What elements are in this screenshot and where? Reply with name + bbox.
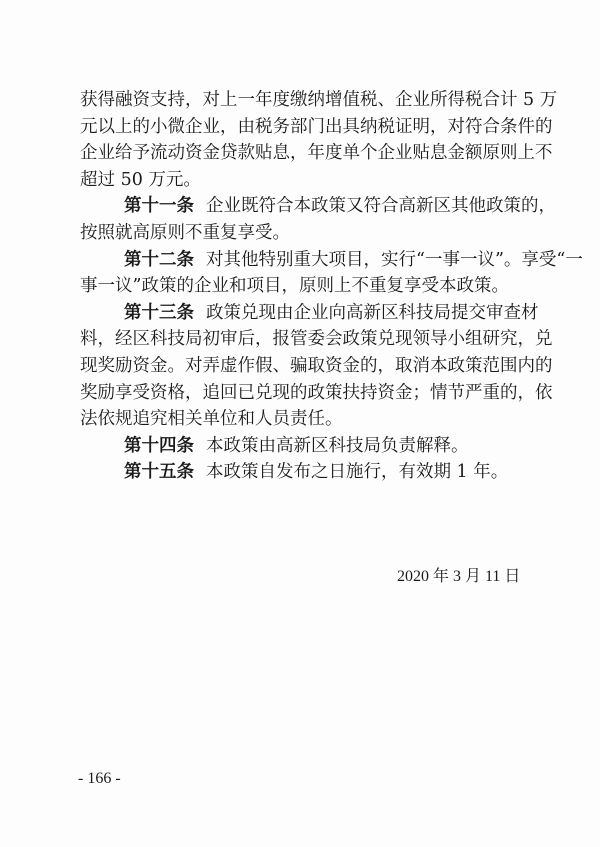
text-line: 超过 50 万元。 [80, 167, 522, 194]
document-page: 获得融资支持，对上一年度缴纳增值税、企业所得税合计 5 万 元以上的小微企业，由… [0, 0, 600, 847]
article-12: 第十二条对其他特别重大项目，实行“一事一议”。享受“一 [80, 247, 522, 274]
article-label: 第十四条 [124, 436, 194, 456]
text-line: 奖励享受资格，追回已兑现的政策扶持资金；情节严重的，依 [80, 380, 522, 407]
article-label: 第十一条 [124, 196, 194, 216]
text-line: 现奖励资金。对弄虚作假、骗取资金的，取消本政策范围内的 [80, 353, 522, 380]
article-14: 第十四条本政策由高新区科技局负责解释。 [80, 433, 522, 460]
article-label: 第十三条 [124, 303, 194, 323]
article-text: 政策兑现由企业向高新区科技局提交审查材 [206, 303, 539, 323]
text-line: 按照就高原则不重复享受。 [80, 220, 522, 247]
text-line: 获得融资支持，对上一年度缴纳增值税、企业所得税合计 5 万 [80, 87, 522, 114]
body-text: 获得融资支持，对上一年度缴纳增值税、企业所得税合计 5 万 元以上的小微企业，由… [80, 87, 522, 486]
article-15: 第十五条本政策自发布之日施行，有效期 1 年。 [80, 459, 522, 486]
document-date: 2020 年 3 月 11 日 [397, 563, 520, 586]
text-line: 事一议”政策的企业和项目，原则上不重复享受本政策。 [80, 273, 522, 300]
article-text: 本政策自发布之日施行，有效期 1 年。 [206, 462, 508, 482]
article-text: 本政策由高新区科技局负责解释。 [206, 436, 469, 456]
text-line: 企业给予流动资金贷款贴息，年度单个企业贴息金额原则上不 [80, 140, 522, 167]
article-text: 对其他特别重大项目，实行“一事一议”。享受“一 [206, 250, 583, 270]
page-number: - 166 - [78, 770, 121, 788]
article-11: 第十一条企业既符合本政策又符合高新区其他政策的， [80, 193, 522, 220]
text-line: 法依规追究相关单位和人员责任。 [80, 406, 522, 433]
article-label: 第十二条 [124, 250, 194, 270]
text-line: 元以上的小微企业，由税务部门出具纳税证明，对符合条件的 [80, 114, 522, 141]
text-line: 料，经区科技局初审后，报管委会政策兑现领导小组研究，兑 [80, 326, 522, 353]
article-text: 企业既符合本政策又符合高新区其他政策的， [206, 196, 556, 216]
article-label: 第十五条 [124, 462, 194, 482]
article-13: 第十三条政策兑现由企业向高新区科技局提交审查材 [80, 300, 522, 327]
